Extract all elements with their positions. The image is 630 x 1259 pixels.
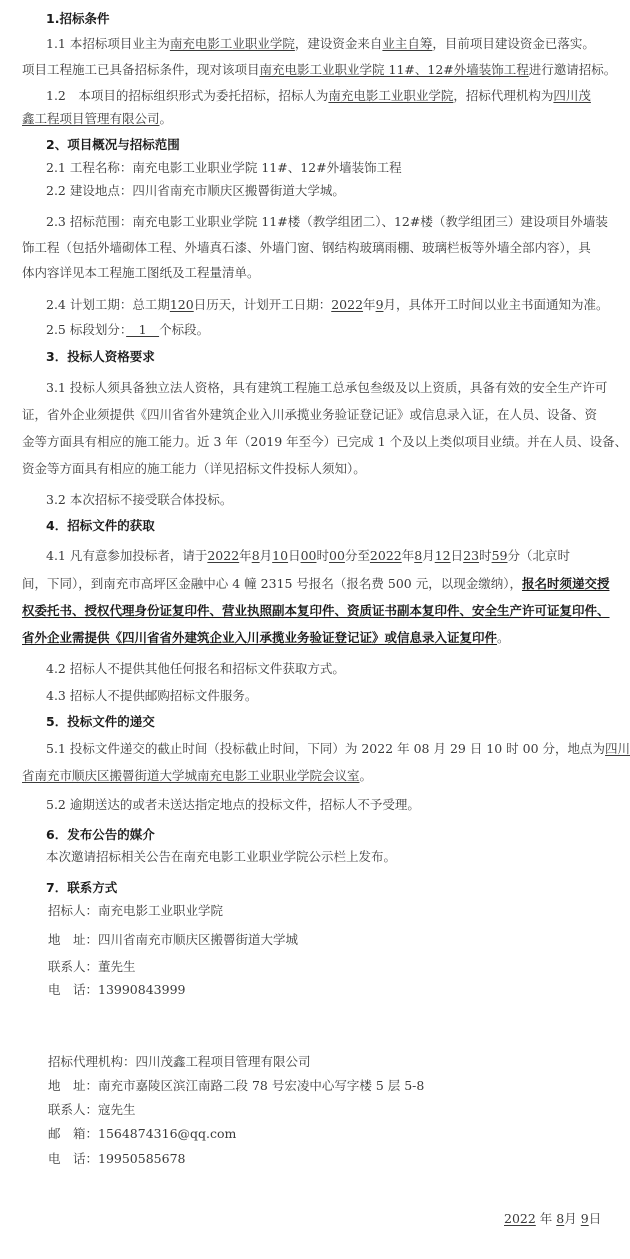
day: 9 bbox=[581, 1211, 589, 1226]
section-4-title: 4．招标文件的获取 bbox=[46, 518, 155, 534]
val: 12 bbox=[435, 548, 451, 563]
val: 8 bbox=[252, 548, 260, 563]
section-7-title: 7．联系方式 bbox=[46, 880, 117, 896]
section-6-title: 6．发布公告的媒介 bbox=[46, 827, 155, 843]
section-5-2: 5.2 逾期送达的或者未送达指定地点的投标文件，招标人不予受理。 bbox=[46, 797, 420, 813]
text: 年 bbox=[363, 297, 376, 312]
text: 间，下同），到南充市高坪区金融中心 4 幢 2315 号报名（报名费 500 元… bbox=[22, 576, 522, 591]
text: 。 bbox=[160, 111, 173, 126]
section-1-2-line2: 鑫工程项目管理有限公司。 bbox=[22, 111, 172, 127]
section-1-2-line1: 1.2 本项目的招标组织形式为委托招标，招标人为南充电影工业职业学院，招标代理机… bbox=[46, 88, 591, 104]
section-1-1-line1: 1.1 本招标项目业主为南充电影工业职业学院，建设资金来自业主自筹，目前项目建设… bbox=[46, 36, 595, 52]
text: 个标段。 bbox=[159, 322, 209, 337]
section-4-1-line2: 间，下同），到南充市高坪区金融中心 4 幢 2315 号报名（报名费 500 元… bbox=[22, 576, 609, 592]
text: 日 bbox=[288, 548, 301, 563]
agency-address: 地 址：南充市嘉陵区滨江南路二段 78 号宏凌中心写字楼 5 层 5-8 bbox=[48, 1078, 424, 1094]
section-2-1: 2.1 工程名称：南充电影工业职业学院 11#、12#外墙装饰工程 bbox=[46, 160, 402, 176]
text: 月 bbox=[422, 548, 435, 563]
text: 进行邀请招标。 bbox=[529, 62, 617, 77]
lot-count: 1 bbox=[126, 322, 159, 337]
text: 2.5 标段划分： bbox=[46, 322, 126, 337]
fund-source: 业主自筹 bbox=[382, 36, 432, 51]
owner-link: 南充电影工业职业学院 bbox=[170, 36, 295, 51]
required-docs-cont: 省外企业需提供《四川省省外建筑企业入川承揽业务验证登记证》或信息录入证复印件 bbox=[22, 630, 497, 645]
text: 日 bbox=[589, 1211, 602, 1226]
text: 日 bbox=[451, 548, 464, 563]
text: 。 bbox=[360, 768, 373, 783]
section-3-1-line1: 3.1 投标人须具备独立法人资格，具有建筑工程施工总承包叁级及以上资质，具备有效… bbox=[46, 380, 607, 396]
tenderer-phone: 电 话：13990843999 bbox=[48, 982, 185, 998]
text: 1.2 本项目的招标组织形式为委托招标，招标人为 bbox=[46, 88, 328, 103]
section-5-title: 5．投标文件的递交 bbox=[46, 714, 155, 730]
agency-phone: 电 话：19950585678 bbox=[48, 1151, 185, 1167]
start-month: 9 bbox=[376, 297, 384, 312]
text: 分至 bbox=[345, 548, 370, 563]
section-4-1-line4: 省外企业需提供《四川省省外建筑企业入川承揽业务验证登记证》或信息录入证复印件。 bbox=[22, 630, 510, 646]
text: 5.1 投标文件递交的截止时间（投标截止时间，下同）为 2022 年 08 月 … bbox=[46, 741, 605, 756]
required-docs: 报名时须递交授 bbox=[522, 576, 610, 591]
agency-name-cont: 鑫工程项目管理有限公司 bbox=[22, 111, 160, 126]
section-2-2: 2.2 建设地点：四川省南充市顺庆区搬罾街道大学城。 bbox=[46, 183, 345, 199]
text: 时 bbox=[479, 548, 492, 563]
text: ，招标代理机构为 bbox=[453, 88, 553, 103]
location-cont: 省南充市顺庆区搬罾街道大学城南充电影工业职业学院会议室 bbox=[22, 768, 360, 783]
text: 年 bbox=[540, 1211, 553, 1226]
section-4-3: 4.3 招标人不提供邮购招标文件服务。 bbox=[46, 688, 257, 704]
section-5-1-line1: 5.1 投标文件递交的截止时间（投标截止时间，下同）为 2022 年 08 月 … bbox=[46, 741, 630, 757]
duration-days: 120 bbox=[170, 297, 194, 312]
val: 00 bbox=[301, 548, 317, 563]
tenderer-contact: 联系人：董先生 bbox=[48, 959, 136, 975]
text: 月 bbox=[260, 548, 273, 563]
text: 时 bbox=[316, 548, 329, 563]
section-3-1-line2: 证，省外企业须提供《四川省省外建筑企业入川承揽业务验证登记证》或信息录入证，在人… bbox=[22, 407, 597, 423]
agency-email: 邮 箱：1564874316@qq.com bbox=[48, 1126, 236, 1142]
val: 2022 bbox=[207, 548, 239, 563]
val: 23 bbox=[463, 548, 479, 563]
text: 日历天，计划开工日期： bbox=[194, 297, 332, 312]
section-4-1-line3: 权委托书、授权代理身份证复印件、营业执照副本复印件、资质证书副本复印件、安全生产… bbox=[22, 603, 610, 619]
section-4-2: 4.2 招标人不提供其他任何报名和招标文件获取方式。 bbox=[46, 661, 345, 677]
text: 月 bbox=[564, 1211, 577, 1226]
tenderer-address: 地 址：四川省南充市顺庆区搬罾街道大学城 bbox=[48, 932, 298, 948]
section-4-1-line1: 4.1 凡有意参加投标者，请于2022年8月10日00时00分至2022年8月1… bbox=[46, 548, 570, 564]
section-3-title: 3．投标人资格要求 bbox=[46, 349, 155, 365]
year: 2022 bbox=[504, 1211, 536, 1226]
section-2-5: 2.5 标段划分： 1 个标段。 bbox=[46, 322, 209, 338]
signature-date: 2022 年 8月 9日 bbox=[504, 1211, 601, 1227]
text: 1.1 本招标项目业主为 bbox=[46, 36, 170, 51]
section-5-1-line2: 省南充市顺庆区搬罾街道大学城南充电影工业职业学院会议室。 bbox=[22, 768, 372, 784]
text: ，目前项目建设资金已落实。 bbox=[432, 36, 595, 51]
project-name: 南充电影工业职业学院 11#、12#外墙装饰工程 bbox=[260, 62, 529, 77]
val: 2022 bbox=[370, 548, 402, 563]
text: 分（北京时 bbox=[507, 548, 570, 563]
val: 00 bbox=[329, 548, 345, 563]
val: 59 bbox=[492, 548, 508, 563]
val: 8 bbox=[414, 548, 422, 563]
section-1-title: 1.招标条件 bbox=[46, 11, 109, 27]
text: 项目工程施工已具备招标条件，现对该项目 bbox=[22, 62, 260, 77]
text: 年 bbox=[402, 548, 415, 563]
val: 10 bbox=[272, 548, 288, 563]
text: 4.1 凡有意参加投标者，请于 bbox=[46, 548, 207, 563]
text: 。 bbox=[497, 630, 510, 645]
section-2-3-line2: 饰工程（包括外墙砌体工程、外墙真石漆、外墙门窗、钢结构玻璃雨棚、玻璃栏板等外墙全… bbox=[22, 240, 591, 256]
section-2-3-line3: 体内容详见本工程施工图纸及工程量清单。 bbox=[22, 265, 260, 281]
section-1-1-line2: 项目工程施工已具备招标条件，现对该项目南充电影工业职业学院 11#、12#外墙装… bbox=[22, 62, 616, 78]
start-year: 2022 bbox=[331, 297, 363, 312]
text: 2.4 计划工期：总工期 bbox=[46, 297, 170, 312]
agency-name: 四川茂 bbox=[553, 88, 591, 103]
section-2-4: 2.4 计划工期：总工期120日历天，计划开工日期：2022年9月，具体开工时间… bbox=[46, 297, 609, 313]
tenderer-name: 招标人：南充电影工业职业学院 bbox=[48, 903, 223, 919]
tenderer-name: 南充电影工业职业学院 bbox=[328, 88, 453, 103]
text: 月，具体开工时间以业主书面通知为准。 bbox=[384, 297, 609, 312]
agency-name: 招标代理机构：四川茂鑫工程项目管理有限公司 bbox=[48, 1054, 311, 1070]
section-3-1-line4: 资金等方面具有相应的施工能力（详见招标文件投标人须知）。 bbox=[22, 461, 366, 477]
agency-contact: 联系人：寇先生 bbox=[48, 1102, 136, 1118]
section-3-2: 3.2 本次招标不接受联合体投标。 bbox=[46, 492, 232, 508]
section-2-title: 2、项目概况与招标范围 bbox=[46, 137, 180, 153]
section-3-1-line3: 金等方面具有相应的施工能力。近 3 年（2019 年至今）已完成 1 个及以上类… bbox=[22, 434, 627, 450]
section-2-3-line1: 2.3 招标范围：南充电影工业职业学院 11#楼（教学组团二）、12#楼（教学组… bbox=[46, 214, 608, 230]
section-6-1: 本次邀请招标相关公告在南充电影工业职业学院公示栏上发布。 bbox=[46, 849, 396, 865]
location: 四川 bbox=[605, 741, 630, 756]
text: ，建设资金来自 bbox=[295, 36, 383, 51]
text: 年 bbox=[239, 548, 252, 563]
